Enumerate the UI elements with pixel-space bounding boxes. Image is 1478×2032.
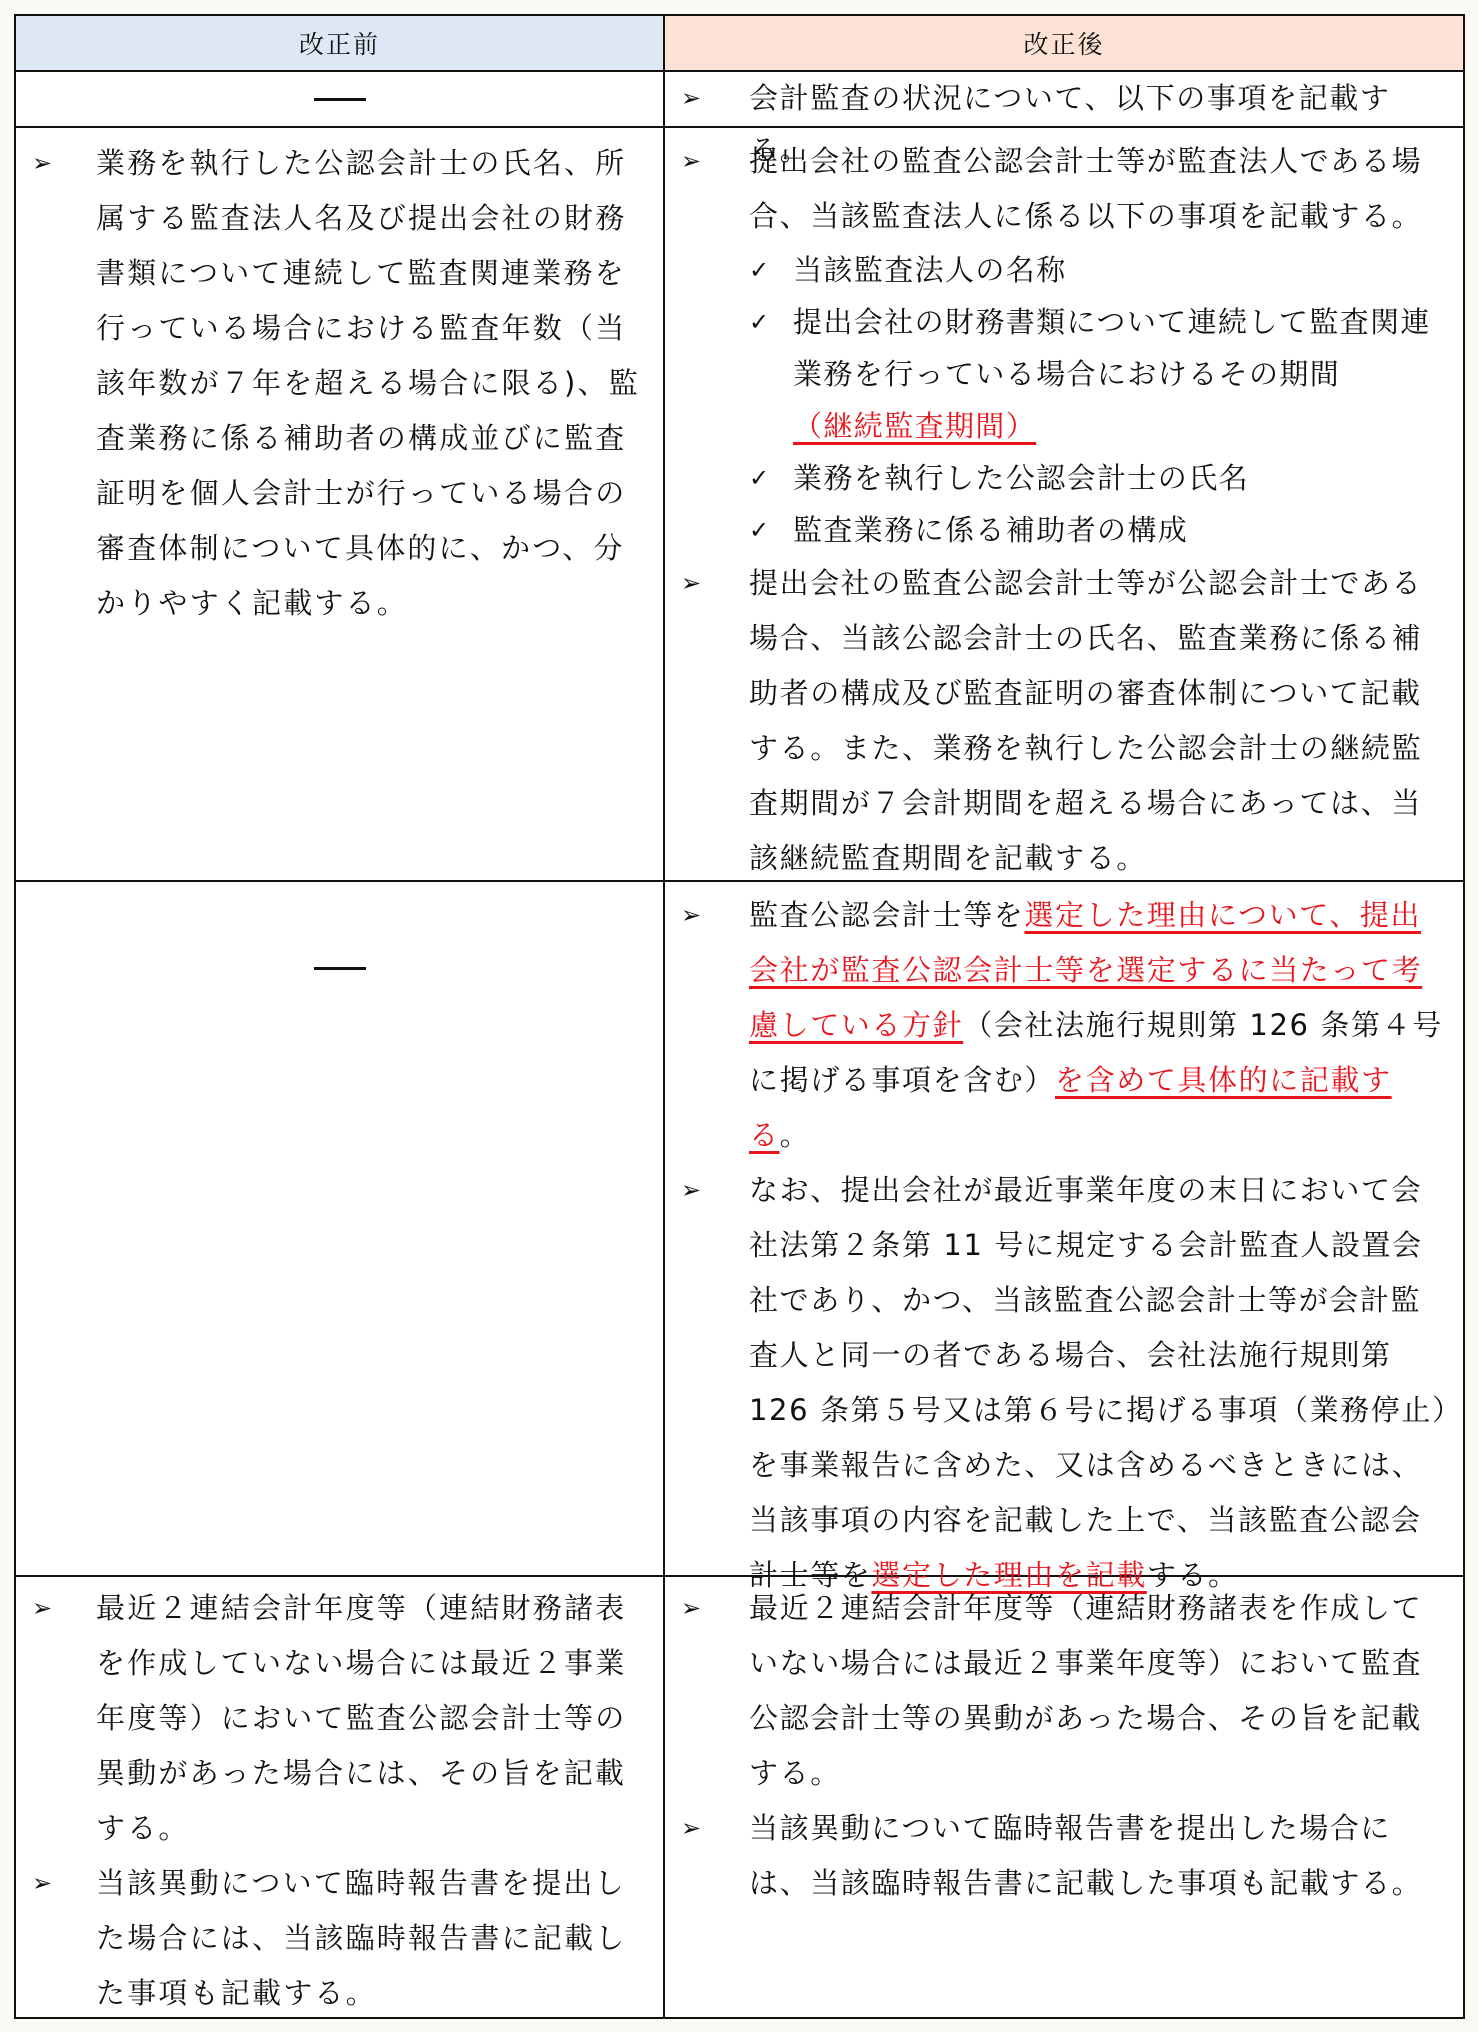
check-item: ✓ 提出会社の財務書類について連続して監査関連業務を行っている場合におけるその期… bbox=[749, 296, 1449, 452]
check-item: ✓ 当該監査法人の名称 bbox=[749, 244, 1449, 296]
arrow-bullet-icon: ➢ bbox=[681, 1801, 703, 1856]
arrow-bullet-icon: ➢ bbox=[681, 72, 703, 124]
arrow-bullet-icon: ➢ bbox=[32, 1856, 54, 1911]
table-row: ➢ 最近２連結会計年度等（連結財務諸表を作成していない場合には最近２事業年度等）… bbox=[16, 1575, 1463, 2017]
none-dash bbox=[314, 967, 366, 970]
none-dash bbox=[314, 98, 366, 101]
highlight-text: （継続監査期間） bbox=[793, 409, 1036, 443]
after-cell: ➢ 監査公認会計士等を選定した理由について、提出会社が監査公認会計士等を選定する… bbox=[665, 882, 1463, 1575]
check-icon: ✓ bbox=[749, 296, 771, 348]
header-row: 改正前 改正後 bbox=[16, 16, 1463, 70]
comparison-table: 改正前 改正後 ➢ 会計監査の状況について、以下の事項を記載する。 ➢ 業務を執… bbox=[14, 14, 1465, 2019]
before-cell bbox=[16, 882, 665, 1575]
before-cell: ➢ 業務を執行した公認会計士の氏名、所属する監査法人名及び提出会社の財務書類につ… bbox=[16, 128, 665, 880]
after-cell: ➢ 最近２連結会計年度等（連結財務諸表を作成していない場合には最近２事業年度等）… bbox=[665, 1577, 1463, 2017]
list-item: ➢ 監査公認会計士等を選定した理由について、提出会社が監査公認会計士等を選定する… bbox=[665, 882, 1463, 1163]
list-item: ➢ 提出会社の監査公認会計士等が監査法人である場合、当該監査法人に係る以下の事項… bbox=[665, 128, 1463, 556]
list-item: ➢ 最近２連結会計年度等（連結財務諸表を作成していない場合には最近２事業年度等）… bbox=[665, 1577, 1463, 1801]
header-after: 改正後 bbox=[665, 16, 1463, 70]
list-item: ➢ 当該異動について臨時報告書を提出した場合には、当該臨時報告書に記載した事項も… bbox=[665, 1801, 1463, 1911]
list-item: ➢ 当該異動について臨時報告書を提出した場合には、当該臨時報告書に記載した事項も… bbox=[16, 1856, 663, 2021]
check-item: ✓ 業務を執行した公認会計士の氏名 bbox=[749, 452, 1449, 504]
before-cell: ➢ 最近２連結会計年度等（連結財務諸表を作成していない場合には最近２事業年度等）… bbox=[16, 1577, 665, 2017]
table-row: ➢ 監査公認会計士等を選定した理由について、提出会社が監査公認会計士等を選定する… bbox=[16, 880, 1463, 1575]
check-list: ✓ 当該監査法人の名称 ✓ 提出会社の財務書類について連続して監査関連業務を行っ… bbox=[749, 244, 1449, 556]
arrow-bullet-icon: ➢ bbox=[32, 136, 54, 191]
table-row: ➢ 業務を執行した公認会計士の氏名、所属する監査法人名及び提出会社の財務書類につ… bbox=[16, 126, 1463, 880]
table-row: ➢ 会計監査の状況について、以下の事項を記載する。 bbox=[16, 70, 1463, 126]
arrow-bullet-icon: ➢ bbox=[681, 1163, 703, 1218]
arrow-bullet-icon: ➢ bbox=[32, 1581, 54, 1636]
header-before: 改正前 bbox=[16, 16, 665, 70]
list-item: ➢ 最近２連結会計年度等（連結財務諸表を作成していない場合には最近２事業年度等）… bbox=[16, 1577, 663, 1856]
check-icon: ✓ bbox=[749, 452, 771, 504]
list-item: ➢ 提出会社の監査公認会計士等が公認会計士である場合、当該公認会計士の氏名、監査… bbox=[665, 556, 1463, 886]
check-icon: ✓ bbox=[749, 244, 771, 296]
arrow-bullet-icon: ➢ bbox=[681, 134, 703, 189]
list-item: ➢ なお、提出会社が最近事業年度の末日において会社法第２条第 11 号に規定する… bbox=[665, 1163, 1463, 1603]
list-item: ➢ 業務を執行した公認会計士の氏名、所属する監査法人名及び提出会社の財務書類につ… bbox=[16, 128, 663, 631]
after-cell: ➢ 提出会社の監査公認会計士等が監査法人である場合、当該監査法人に係る以下の事項… bbox=[665, 128, 1463, 880]
arrow-bullet-icon: ➢ bbox=[681, 556, 703, 611]
arrow-bullet-icon: ➢ bbox=[681, 888, 703, 943]
before-cell bbox=[16, 72, 665, 126]
check-icon: ✓ bbox=[749, 504, 771, 556]
arrow-bullet-icon: ➢ bbox=[681, 1581, 703, 1636]
check-item: ✓ 監査業務に係る補助者の構成 bbox=[749, 504, 1449, 556]
after-cell: ➢ 会計監査の状況について、以下の事項を記載する。 bbox=[665, 72, 1463, 126]
